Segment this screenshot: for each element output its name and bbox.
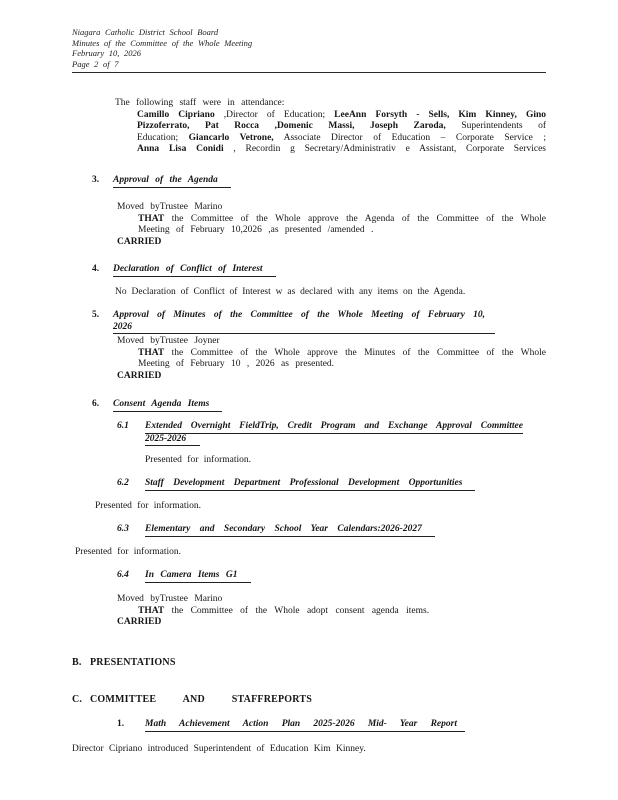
section-title: Approval of the Agenda (113, 175, 231, 188)
document-header: Niagara Catholic District School Board M… (72, 27, 252, 69)
subsection-title: Elementary and Secondary School Year Cal… (145, 524, 435, 537)
subsection-6-2-heading: 6.2 Staff Development Department Profess… (117, 478, 475, 491)
report-body-line: Director Cipriano introduced Superintend… (72, 744, 366, 756)
document-page: Niagara Catholic District School Board M… (0, 0, 618, 800)
moved-by-line: Moved byTrustee Marino (117, 202, 546, 214)
section-number: 6. (92, 399, 113, 412)
section-number: 5. (92, 310, 113, 334)
subsection-number: 6.3 (117, 524, 145, 537)
section-4-body: No Declaration of Conflict of Interest w… (115, 287, 546, 299)
header-page-number: Page 2 of 7 (72, 59, 252, 70)
subsection-title-line2: 2025-2026 (145, 434, 200, 447)
letter-section-c: C. COMMITTEE AND STAFFREPORTS (72, 694, 312, 706)
subsection-6-1-heading: 6.1 Extended Overnight FieldTrip, Credit… (117, 421, 523, 446)
presented-note: Presented for information. (95, 501, 201, 513)
header-rule (72, 72, 546, 73)
report-1-heading: 1. Math Achievement Action Plan 2025-202… (117, 719, 465, 732)
subsection-number: 6.4 (117, 570, 145, 583)
moved-by-line: Moved byTrustee Marino (117, 594, 546, 606)
subsection-number: 6.2 (117, 478, 145, 491)
motion-continuation-line: Meeting of February 10 , 2026 as present… (138, 359, 546, 371)
section-title: Approval of Minutes of the Committee of … (113, 310, 495, 334)
report-title: Math Achievement Action Plan 2025-2026 M… (145, 719, 465, 732)
carried-label: CARRIED (117, 371, 546, 383)
attendance-paragraph: The following staff were in attendance: … (115, 98, 546, 156)
section-number: 3. (92, 175, 113, 188)
section-5-heading: 5. Approval of Minutes of the Committee … (92, 310, 495, 334)
section-title: Consent Agenda Items (113, 399, 222, 412)
section-5-motion: Moved byTrustee Joyner THAT the Committe… (117, 336, 546, 382)
presented-note: Presented for information. (75, 547, 181, 559)
section-4-heading: 4. Declaration of Conflict of Interest (92, 264, 276, 277)
attendance-line: Camillo Cipriano ,Director of Education;… (137, 110, 546, 122)
subsection-number: 6.1 (117, 421, 145, 446)
letter-section-title: COMMITTEE AND STAFFREPORTS (90, 694, 312, 706)
attendance-intro: The following staff were in attendance: (115, 98, 546, 110)
letter-section-number: C. (72, 694, 90, 706)
subsection-6-4-heading: 6.4 In Camera Items G1 (117, 570, 251, 583)
header-board-name: Niagara Catholic District School Board (72, 27, 252, 38)
subsection-title-line1: Extended Overnight FieldTrip, Credit Pro… (145, 421, 523, 434)
carried-label: CARRIED (117, 237, 546, 249)
subsection-6-3-heading: 6.3 Elementary and Secondary School Year… (117, 524, 435, 537)
letter-section-number: B. (72, 657, 90, 669)
section-6-heading: 6. Consent Agenda Items (92, 399, 222, 412)
attendance-line: Anna Lisa Conidi , Recordin g Secretary/… (137, 144, 546, 156)
presented-note: Presented for information. (145, 455, 251, 467)
attendance-line: Pizzoferrato, Pat Rocca ,Domenic Massi, … (137, 121, 546, 133)
motion-continuation-line: Meeting of February 10,2026 ,as presente… (138, 225, 546, 237)
section-number: 4. (92, 264, 113, 277)
motion-that-line: THAT the Committee of the Whole approve … (138, 214, 546, 226)
letter-section-b: B. PRESENTATIONS (72, 657, 176, 669)
section-3-heading: 3. Approval of the Agenda (92, 175, 231, 188)
header-date: February 10, 2026 (72, 48, 252, 59)
subsection-title: In Camera Items G1 (145, 570, 251, 583)
header-doc-title: Minutes of the Committee of the Whole Me… (72, 38, 252, 49)
carried-label: CARRIED (117, 617, 546, 629)
letter-section-title: PRESENTATIONS (90, 657, 176, 669)
subsection-title: Staff Development Department Professiona… (145, 478, 475, 491)
section-6-4-motion: Moved byTrustee Marino THAT the Committe… (117, 594, 546, 629)
moved-by-line: Moved byTrustee Joyner (117, 336, 546, 348)
section-title: Declaration of Conflict of Interest (113, 264, 276, 277)
section-3-motion: Moved byTrustee Marino THAT the Committe… (117, 202, 546, 248)
attendance-line: Education; Giancarlo Vetrone, Associate … (137, 133, 546, 145)
motion-that-line: THAT the Committee of the Whole approve … (138, 348, 546, 360)
motion-that-line: THAT the Committee of the Whole adopt co… (138, 606, 546, 618)
report-number: 1. (117, 719, 145, 732)
